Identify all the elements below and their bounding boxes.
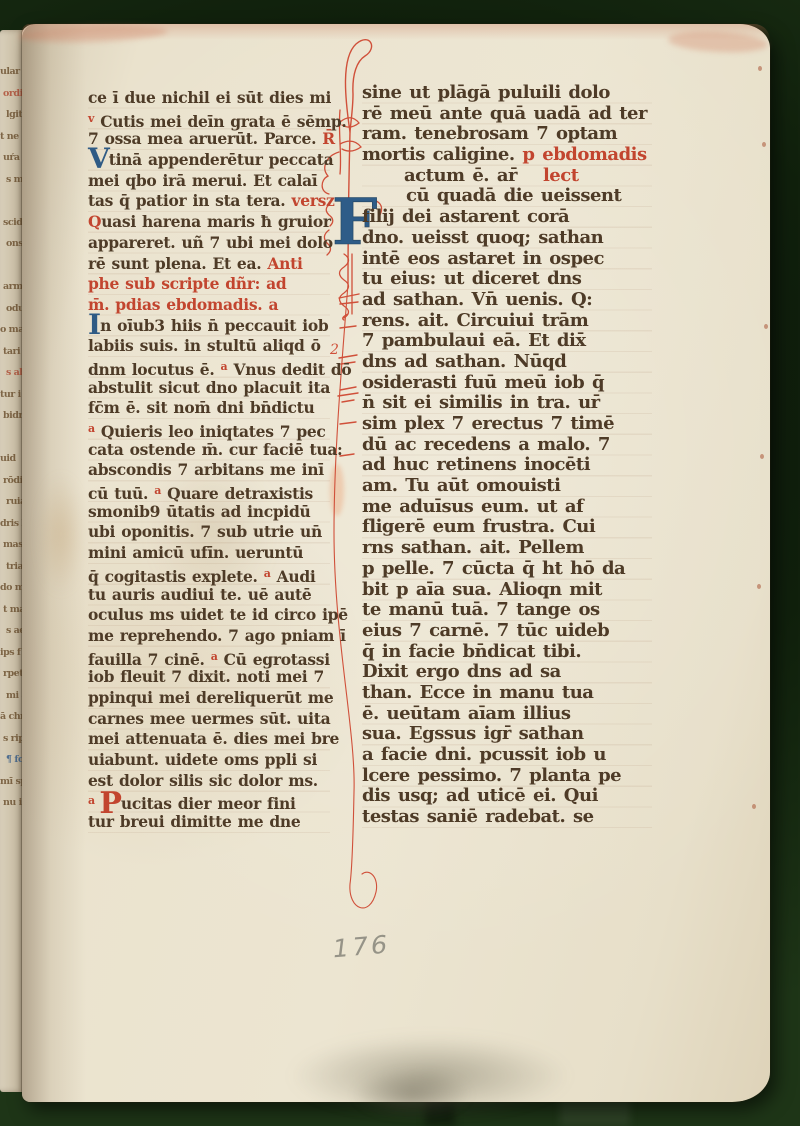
text-line: mortis caligine. p ebdomadis	[362, 145, 652, 166]
text-line: ad sathan. Vn̄ uenis. Q:	[362, 290, 652, 311]
text-line: mei qbo irā merui. Et calaī	[88, 171, 330, 192]
text-line: oculus ms uidet te id circo ipē	[88, 605, 330, 626]
text-line: q̄ cogitastis explete. a Audi	[88, 564, 330, 585]
spine-text-fragment: tur i	[0, 389, 21, 400]
margin-guide-mark: 2	[329, 342, 339, 358]
text-line: 7 pambulaui eā. Et dix̄	[362, 331, 652, 352]
text-line: testas saniē radebat. se	[362, 807, 652, 828]
edge-speckle	[758, 66, 762, 71]
text-line: sim plex 7 erectus 7 timē	[362, 414, 652, 435]
text-line: carnes mee uermes sūt. uita	[88, 709, 330, 730]
text-line: am. Tu aūt omouisti	[362, 476, 652, 497]
edge-speckle	[757, 584, 761, 589]
spine-text-fragment: mas	[3, 539, 23, 550]
text-line: ram. tenebrosam 7 optam	[362, 124, 652, 145]
edge-speckle	[752, 804, 756, 809]
text-line: eius 7 carnē. 7 tūc uideb	[362, 621, 652, 642]
text-line: m̄. pdias ebdomadis. a	[88, 295, 330, 316]
spine-text-fragment: t ne	[0, 131, 19, 142]
stain	[38, 474, 84, 594]
text-line: Quasi harena maris ħ gruior	[88, 212, 330, 233]
text-line: tu eius: ut diceret dns	[362, 269, 652, 290]
spine-text-fragment: ips f	[0, 647, 21, 658]
text-line: te manū tuā. 7 tange os	[362, 600, 652, 621]
spine-text-fragment: nu i	[3, 797, 22, 808]
text-line: dno. ueisst quoq; sathan	[362, 228, 652, 249]
edge-speckle	[760, 454, 764, 459]
text-line: rns sathan. ait. Pellem	[362, 538, 652, 559]
text-line: Vtinā appenderētur peccata	[88, 150, 330, 171]
text-line: uiabunt. uidete oms ppli si	[88, 750, 330, 771]
text-line: ce ī due nichil ei sūt dies mi	[88, 88, 330, 109]
edge-speckle	[762, 142, 766, 147]
text-line: ad huc retinens inocēti	[362, 455, 652, 476]
text-line: q̄ in facie bn̄dicat tibi.	[362, 642, 652, 663]
spine-text-fragment: uŕa	[3, 152, 20, 163]
text-line: filij dei astarent corā	[362, 207, 652, 228]
text-line: est dolor silis sic dolor ms.	[88, 771, 330, 792]
spine-text-fragment: rōdi	[3, 475, 23, 486]
folio-number-pencil: 176	[331, 930, 392, 964]
text-line: fauilla 7 cinē. a Cū egrotassi	[88, 647, 330, 668]
text-line: cū tuū. a Quare detraxistis	[88, 481, 330, 502]
spine-text-fragment: ordi	[3, 88, 23, 99]
text-line: tur breui dimitte me dne	[88, 812, 330, 833]
text-line: abscondis 7 arbitans me inī	[88, 460, 330, 481]
text-column-right: sine ut plāgā puluili dolorē meū ante qu…	[362, 83, 652, 828]
text-line: dnm locutus ē. a Vnus dedit dō	[88, 357, 330, 378]
text-line: ē. ueūtam aīam illius	[362, 704, 652, 725]
spine-text-fragment: arm	[3, 281, 23, 292]
text-line: abstulit sicut dno placuit ita	[88, 378, 330, 399]
text-line: a facie dni. pcussit iob u	[362, 745, 652, 766]
text-line: actum ē. ar̄lect	[362, 166, 652, 187]
text-line: labiis suis. in stultū aliqd ō	[88, 336, 330, 357]
text-line: me aduīsus eum. ut af	[362, 497, 652, 518]
spine-text-fragment: tari	[3, 346, 20, 357]
text-line: 7 ossa mea aruerūt. Parce. R̄	[88, 129, 330, 150]
manuscript-photo: ularordilgitt neuŕas mescidonsearmoduso …	[0, 0, 800, 1126]
text-line: ppinqui mei dereliquerūt me	[88, 688, 330, 709]
spine-text-fragment: scid	[3, 217, 22, 228]
text-line: fc̄m ē. sit nom̄ dni bn̄dictu	[88, 398, 330, 419]
spine-text-fragment: bidr	[3, 410, 23, 421]
text-line: ubi oponitis. 7 sub utrie un̄	[88, 522, 330, 543]
text-line: mei attenuata ē. dies mei bre	[88, 729, 330, 750]
text-line: a Quieris leo iniqtates 7 pec	[88, 419, 330, 440]
text-line: rē meū ante quā uadā ad ter	[362, 104, 652, 125]
text-line: bit p aīa sua. Alioqn mit	[362, 580, 652, 601]
text-line: intē eos astaret in ospec	[362, 249, 652, 270]
text-line: lcere pessimo. 7 planta pe	[362, 766, 652, 787]
spine-text-fragment: o ma	[0, 324, 24, 335]
spine-text-fragment: rpet	[3, 668, 23, 679]
spine-text-fragment: ā chr	[0, 711, 25, 722]
text-line: dis usq; ad uticē ei. Qui	[362, 786, 652, 807]
text-line: appareret. uñ 7 ubi mei dolo	[88, 233, 330, 254]
spine-text-fragment: uid	[0, 453, 16, 464]
text-line: osiderasti fuū meū iob q̄	[362, 373, 652, 394]
text-line: mini amicū ufīn. ueruntū	[88, 543, 330, 564]
text-line: smonib9 ūtatis ad incpidū	[88, 502, 330, 523]
text-line: than. Ecce in manu tua	[362, 683, 652, 704]
text-line: iob fleuit 7 dixit. noti mei 7	[88, 667, 330, 688]
text-line: n̄ sit ei similis in tra. ur̄	[362, 393, 652, 414]
text-line: rē sunt plena. Et ea. Anti	[88, 254, 330, 275]
text-line: p pelle. 7 cūcta q̄ ht hō da	[362, 559, 652, 580]
edge-speckle	[764, 324, 768, 329]
text-line: dns ad sathan. Nūqd	[362, 352, 652, 373]
text-line: v Cutis mei deīn grata ē sēmp.	[88, 109, 330, 130]
manuscript-page: 2 F ce ī due nichil ei sūt dies miv Cuti…	[22, 24, 770, 1102]
text-line: Dixit ergo dns ad sa	[362, 662, 652, 683]
text-line: sine ut plāgā puluili dolo	[362, 83, 652, 104]
text-line: tu auris audiui te. uē autē	[88, 585, 330, 606]
text-line: rens. ait. Circuiui trām	[362, 311, 652, 332]
text-line: In oīub3 hiis n̄ peccauit iob	[88, 316, 330, 337]
stain	[352, 1070, 472, 1118]
text-line: cata ostende m̄. cur faciē tua:	[88, 440, 330, 461]
text-line: fligerē eum frustra. Cui	[362, 517, 652, 538]
text-line: cū quadā die ueissent	[362, 186, 652, 207]
spine-text-fragment: ular	[0, 66, 20, 77]
spine-text-fragment: lgit	[6, 109, 22, 120]
text-line: phe sub scripte dñr: ad	[88, 274, 330, 295]
text-line: a Pucitas dier meor fini	[88, 791, 330, 812]
text-line: tas q̄ patior in sta tera. versz	[88, 191, 330, 212]
text-line: dū ac recedens a malo. 7	[362, 435, 652, 456]
text-line: sua. Egssus igr̄ sathan	[362, 724, 652, 745]
text-column-left: ce ī due nichil ei sūt dies miv Cutis me…	[88, 88, 330, 833]
text-line: me reprehendo. 7 ago pniam ī	[88, 626, 330, 647]
